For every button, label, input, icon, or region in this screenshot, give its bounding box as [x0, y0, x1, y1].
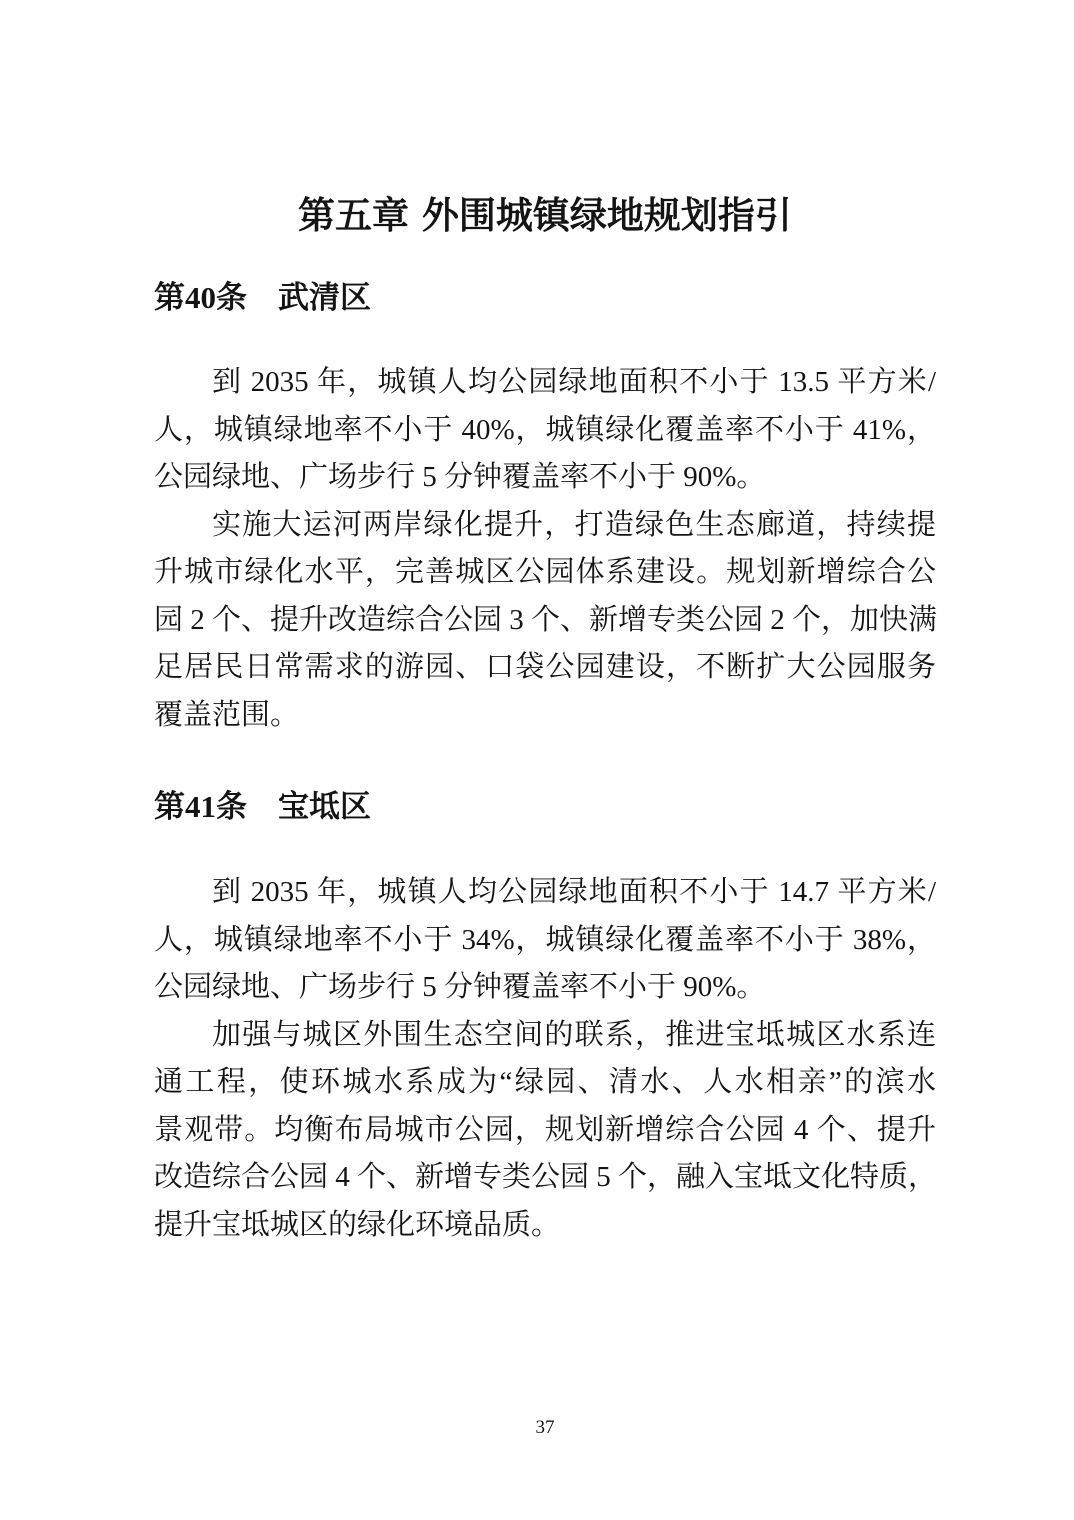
- paragraph-line: 园 2 个、提升改造综合公园 3 个、新增专类公园 2 个，加快满: [154, 597, 936, 645]
- page-number: 37: [154, 1416, 936, 1440]
- content-column: 第五章 外围城镇绿地规划指引 第40条 武清区 到 2035 年，城镇人均公园绿…: [154, 0, 936, 1249]
- paragraph-line: 覆盖范围。: [154, 692, 936, 740]
- district-name: 武清区: [278, 278, 371, 318]
- paragraph-line: 人，城镇绿地率不小于 34%，城镇绿化覆盖率不小于 38%，: [154, 917, 936, 965]
- document-page: 第五章 外围城镇绿地规划指引 第40条 武清区 到 2035 年，城镇人均公园绿…: [0, 0, 1074, 1520]
- paragraph: 实施大运河两岸绿化提升，打造绿色生态廊道，持续提 升城市绿化水平，完善城区公园体…: [154, 502, 936, 740]
- paragraph-line: 升城市绿化水平，完善城区公园体系建设。规划新增综合公: [154, 549, 936, 597]
- paragraph-line: 景观带。均衡布局城市公园，规划新增综合公园 4 个、提升: [154, 1107, 936, 1155]
- paragraph-line: 加强与城区外围生态空间的联系，推进宝坻城区水系连: [154, 1012, 936, 1060]
- district-name: 宝坻区: [278, 787, 371, 827]
- paragraph-line: 足居民日常需求的游园、口袋公园建设，不断扩大公园服务: [154, 644, 936, 692]
- paragraph-line: 到 2035 年，城镇人均公园绿地面积不小于 13.5 平方米/: [154, 359, 936, 407]
- article-number: 第40条: [154, 278, 247, 318]
- article-heading-41: 第41条 宝坻区: [154, 787, 936, 827]
- article-heading-40: 第40条 武清区: [154, 278, 936, 318]
- paragraph-line: 到 2035 年，城镇人均公园绿地面积不小于 14.7 平方米/: [154, 869, 936, 917]
- paragraph-line: 改造综合公园 4 个、新增专类公园 5 个，融入宝坻文化特质，: [154, 1154, 936, 1202]
- paragraph: 到 2035 年，城镇人均公园绿地面积不小于 13.5 平方米/ 人，城镇绿地率…: [154, 359, 936, 502]
- paragraph-line: 公园绿地、广场步行 5 分钟覆盖率不小于 90%。: [154, 964, 936, 1012]
- paragraph: 加强与城区外围生态空间的联系，推进宝坻城区水系连 通工程，使环城水系成为“绿园、…: [154, 1012, 936, 1250]
- paragraph-line: 人，城镇绿地率不小于 40%，城镇绿化覆盖率不小于 41%，: [154, 407, 936, 455]
- paragraph-line: 公园绿地、广场步行 5 分钟覆盖率不小于 90%。: [154, 454, 936, 502]
- paragraph: 到 2035 年，城镇人均公园绿地面积不小于 14.7 平方米/ 人，城镇绿地率…: [154, 869, 936, 1012]
- paragraph-line: 实施大运河两岸绿化提升，打造绿色生态廊道，持续提: [154, 502, 936, 550]
- paragraph-line: 通工程，使环城水系成为“绿园、清水、人水相亲”的滨水: [154, 1059, 936, 1107]
- article-number: 第41条: [154, 787, 247, 827]
- chapter-title: 第五章 外围城镇绿地规划指引: [154, 192, 936, 240]
- paragraph-line: 提升宝坻城区的绿化环境品质。: [154, 1202, 936, 1250]
